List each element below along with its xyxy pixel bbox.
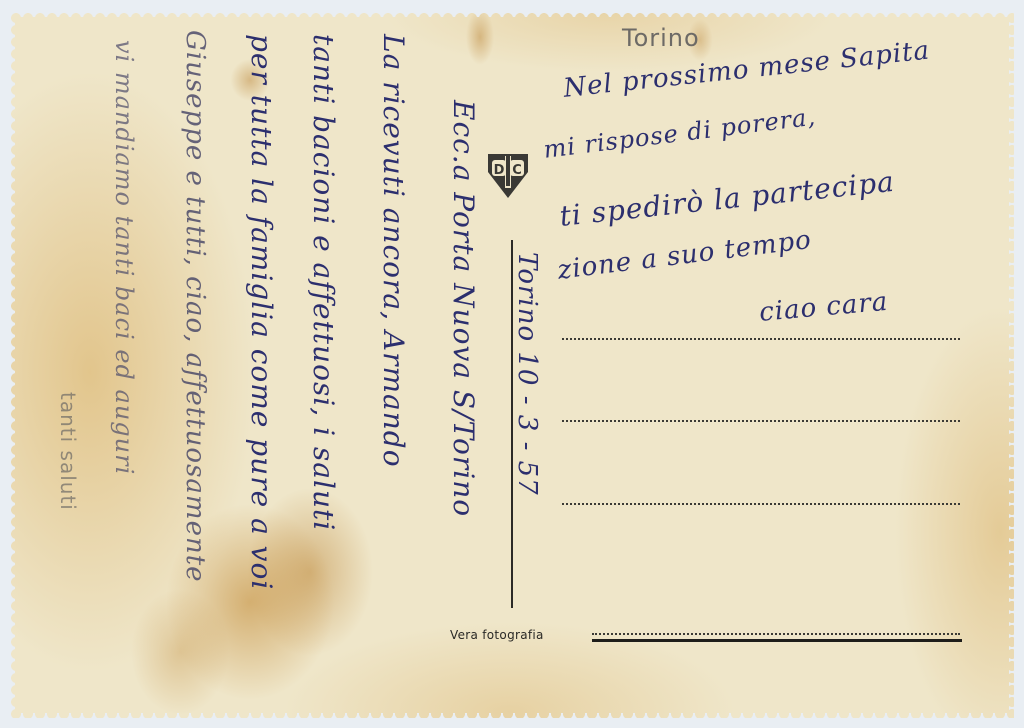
left-column-6: tanti saluti: [56, 392, 80, 511]
left-column-1: La ricevuti ancora, Armando: [377, 34, 410, 468]
left-column-2: tanti bacioni e affettuosi, i saluti: [307, 34, 340, 531]
message-line-4: zione a suo tempo: [556, 225, 813, 286]
message-signoff: ciao cara: [758, 287, 889, 328]
left-column-3: per tutta la famiglia come pure a voi: [245, 34, 278, 590]
address-line-4-dotted: [592, 633, 960, 635]
city-pencil-note: Torino: [622, 24, 700, 52]
left-column-5: vi mandiamo tanti baci ed auguri: [110, 40, 138, 475]
message-line-2: mi rispose di porera,: [542, 103, 817, 164]
left-column-4: Giuseppe e tutti, ciao, affettuosamente: [180, 30, 210, 583]
postcard-back: Torino Nel prossimo mese Sapita mi rispo…: [10, 12, 1014, 718]
address-line-2: [562, 420, 960, 422]
svg-text:C: C: [512, 163, 522, 178]
address-line-3: [562, 503, 960, 505]
vera-fotografia-label: Vera fotografia: [450, 628, 544, 642]
address-line-4-solid: [592, 639, 962, 642]
message-line-3: ti spedirò la partecipa: [558, 165, 896, 233]
date-line: Torino 10 - 3 - 57: [512, 252, 542, 496]
address-vertical: Ecc.a Porta Nuova S/Torino: [447, 100, 480, 517]
address-line-1: [562, 338, 960, 340]
svg-text:D: D: [494, 163, 505, 178]
dtc-logo-icon: D C: [486, 152, 530, 202]
message-line-1: Nel prossimo mese Sapita: [562, 36, 931, 104]
